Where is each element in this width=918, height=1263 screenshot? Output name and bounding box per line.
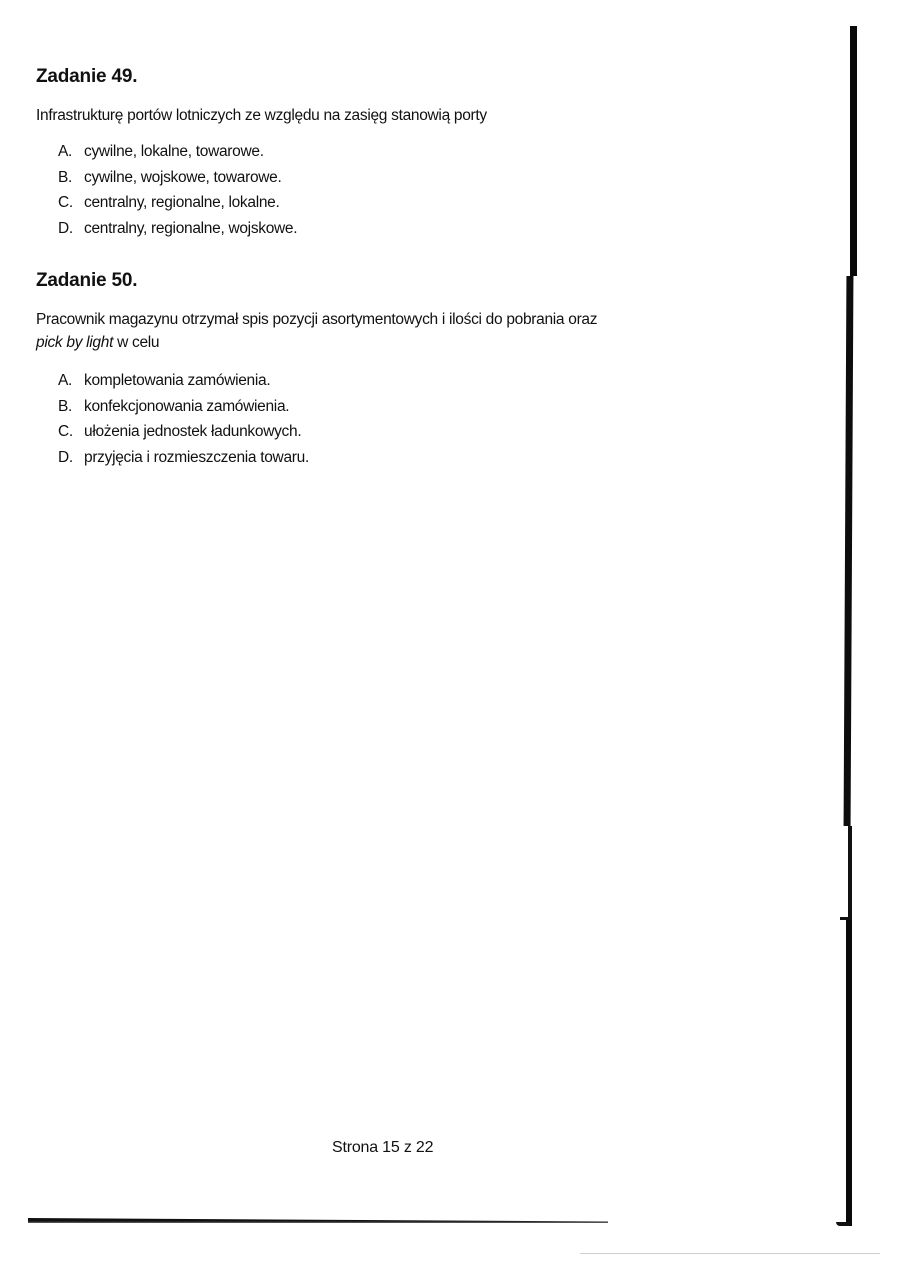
option-text: kompletowania zamówienia.: [84, 372, 270, 389]
task-50-question: Pracownik magazynu otrzymał spis pozycji…: [36, 308, 766, 354]
option-text: przyjęcia i rozmieszczenia towaru.: [84, 449, 309, 466]
option-text: centralny, regionalne, lokalne.: [84, 194, 280, 211]
task-49-title: Zadanie 49.: [36, 66, 137, 88]
option-a: A.cywilne, lokalne, towarowe.: [58, 139, 297, 165]
option-letter: B.: [58, 394, 84, 420]
option-c: C.centralny, regionalne, lokalne.: [58, 190, 297, 216]
question-tail: w celu: [113, 334, 159, 351]
option-d: D.centralny, regionalne, wojskowe.: [58, 216, 297, 242]
task-50-options: A.kompletowania zamówienia. B.konfekcjon…: [58, 368, 309, 470]
scan-binding-edge: [850, 26, 857, 276]
question-line-1: Pracownik magazynu otrzymał spis pozycji…: [36, 311, 597, 328]
scan-binding-corner: [836, 1222, 850, 1226]
scan-bottom-rule: [28, 1218, 608, 1223]
scan-binding-edge: [848, 826, 852, 926]
option-letter: B.: [58, 165, 84, 191]
option-text: cywilne, lokalne, towarowe.: [84, 143, 264, 160]
option-text: cywilne, wojskowe, towarowe.: [84, 169, 281, 186]
question-italic-term: pick by light: [36, 334, 113, 351]
page-number: Strona 15 z 22: [332, 1139, 433, 1157]
option-c: C.ułożenia jednostek ładunkowych.: [58, 419, 309, 445]
option-a: A.kompletowania zamówienia.: [58, 368, 309, 394]
task-49-question: Infrastrukturę portów lotniczych ze wzgl…: [36, 104, 487, 127]
option-b: B.konfekcjonowania zamówienia.: [58, 394, 309, 420]
option-letter: C.: [58, 419, 84, 445]
option-letter: A.: [58, 139, 84, 165]
option-text: konfekcjonowania zamówienia.: [84, 398, 289, 415]
option-letter: D.: [58, 216, 84, 242]
option-letter: A.: [58, 368, 84, 394]
scan-faint-line: [580, 1253, 880, 1254]
option-d: D.przyjęcia i rozmieszczenia towaru.: [58, 445, 309, 471]
scan-binding-edge: [846, 920, 852, 1226]
option-letter: D.: [58, 445, 84, 471]
task-50-title: Zadanie 50.: [36, 270, 137, 292]
option-text: ułożenia jednostek ładunkowych.: [84, 423, 301, 440]
option-text: centralny, regionalne, wojskowe.: [84, 220, 297, 237]
option-letter: C.: [58, 190, 84, 216]
option-b: B.cywilne, wojskowe, towarowe.: [58, 165, 297, 191]
scan-binding-edge: [844, 276, 854, 826]
task-49-options: A.cywilne, lokalne, towarowe. B.cywilne,…: [58, 139, 297, 241]
